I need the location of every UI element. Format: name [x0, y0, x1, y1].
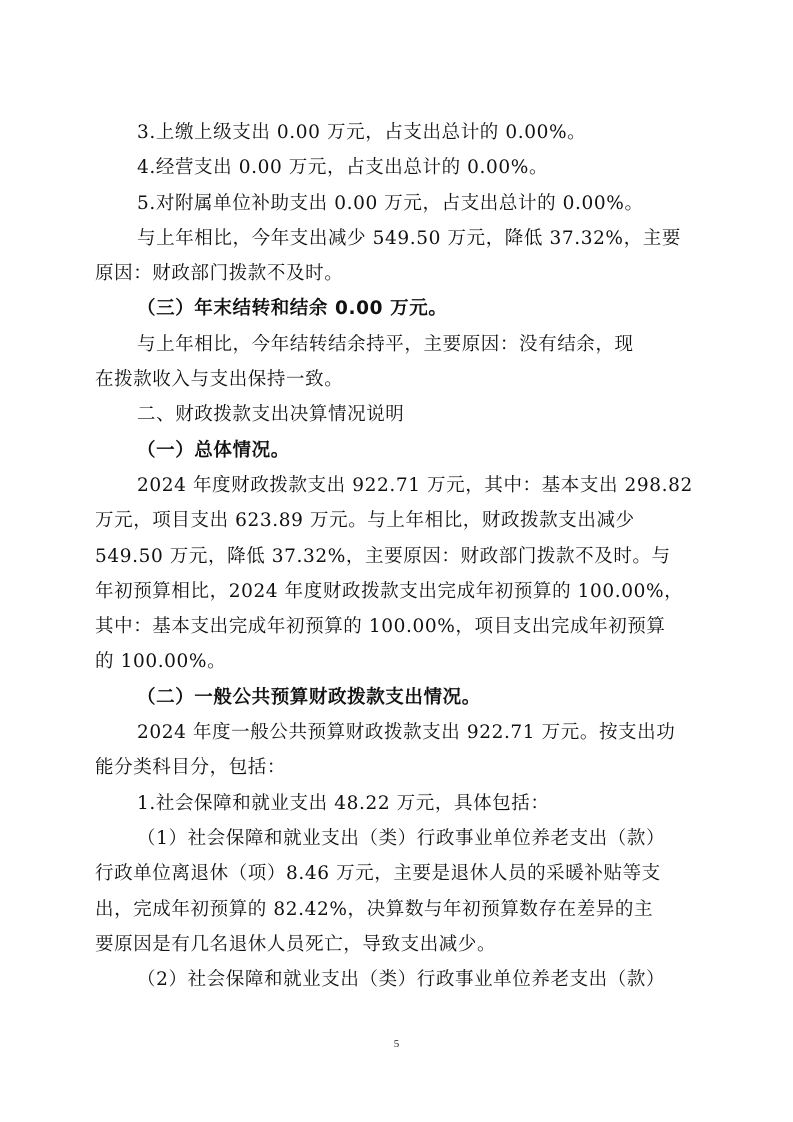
- section-heading: （二）一般公共预算财政拨款支出情况。: [95, 680, 705, 715]
- paragraph-line: 549.50 万元，降低 37.32%，主要原因：财政部门拨款不及时。与: [95, 539, 705, 574]
- paragraph-line: 原因：财政部门拨款不及时。: [95, 256, 705, 291]
- paragraph-line: 2024 年度财政拨款支出 922.71 万元，其中：基本支出 298.82: [95, 468, 705, 503]
- section-heading: （三）年末结转和结余 0.00 万元。: [95, 291, 705, 326]
- paragraph-line: 5.对附属单位补助支出 0.00 万元，占支出总计的 0.00%。: [95, 186, 705, 221]
- paragraph-line: 能分类科目分，包括：: [95, 750, 705, 785]
- paragraph-line: 行政单位离退休（项）8.46 万元，主要是退休人员的采暖补贴等支: [95, 856, 705, 891]
- paragraph-line: 其中：基本支出完成年初预算的 100.00%，项目支出完成年初预算: [95, 609, 705, 644]
- paragraph-line: 2024 年度一般公共预算财政拨款支出 922.71 万元。按支出功: [95, 715, 705, 750]
- paragraph-line: 要原因是有几名退休人员死亡，导致支出减少。: [95, 927, 705, 962]
- paragraph-line: 4.经营支出 0.00 万元，占支出总计的 0.00%。: [95, 150, 705, 185]
- section-heading: （一）总体情况。: [95, 433, 705, 468]
- paragraph-line: 3.上缴上级支出 0.00 万元，占支出总计的 0.00%。: [95, 115, 705, 150]
- paragraph-line: （2）社会保障和就业支出（类）行政事业单位养老支出（款）: [95, 962, 705, 997]
- paragraph-line: 与上年相比，今年支出减少 549.50 万元，降低 37.32%，主要: [95, 221, 705, 256]
- document-body: 3.上缴上级支出 0.00 万元，占支出总计的 0.00%。 4.经营支出 0.…: [95, 115, 705, 997]
- paragraph-line: 年初预算相比，2024 年度财政拨款支出完成年初预算的 100.00%，: [95, 574, 705, 609]
- paragraph-line: 1.社会保障和就业支出 48.22 万元，具体包括：: [95, 786, 705, 821]
- paragraph-line: （1）社会保障和就业支出（类）行政事业单位养老支出（款）: [95, 821, 705, 856]
- paragraph-line: 万元，项目支出 623.89 万元。与上年相比，财政拨款支出减少: [95, 503, 705, 538]
- page-number: 5: [0, 1038, 793, 1050]
- chapter-heading: 二、财政拨款支出决算情况说明: [95, 397, 705, 432]
- paragraph-line: 与上年相比，今年结转结余持平，主要原因：没有结余，现: [95, 327, 705, 362]
- document-page: 3.上缴上级支出 0.00 万元，占支出总计的 0.00%。 4.经营支出 0.…: [0, 0, 793, 1122]
- paragraph-line: 在拨款收入与支出保持一致。: [95, 362, 705, 397]
- paragraph-line: 的 100.00%。: [95, 644, 705, 679]
- paragraph-line: 出，完成年初预算的 82.42%，决算数与年初预算数存在差异的主: [95, 892, 705, 927]
